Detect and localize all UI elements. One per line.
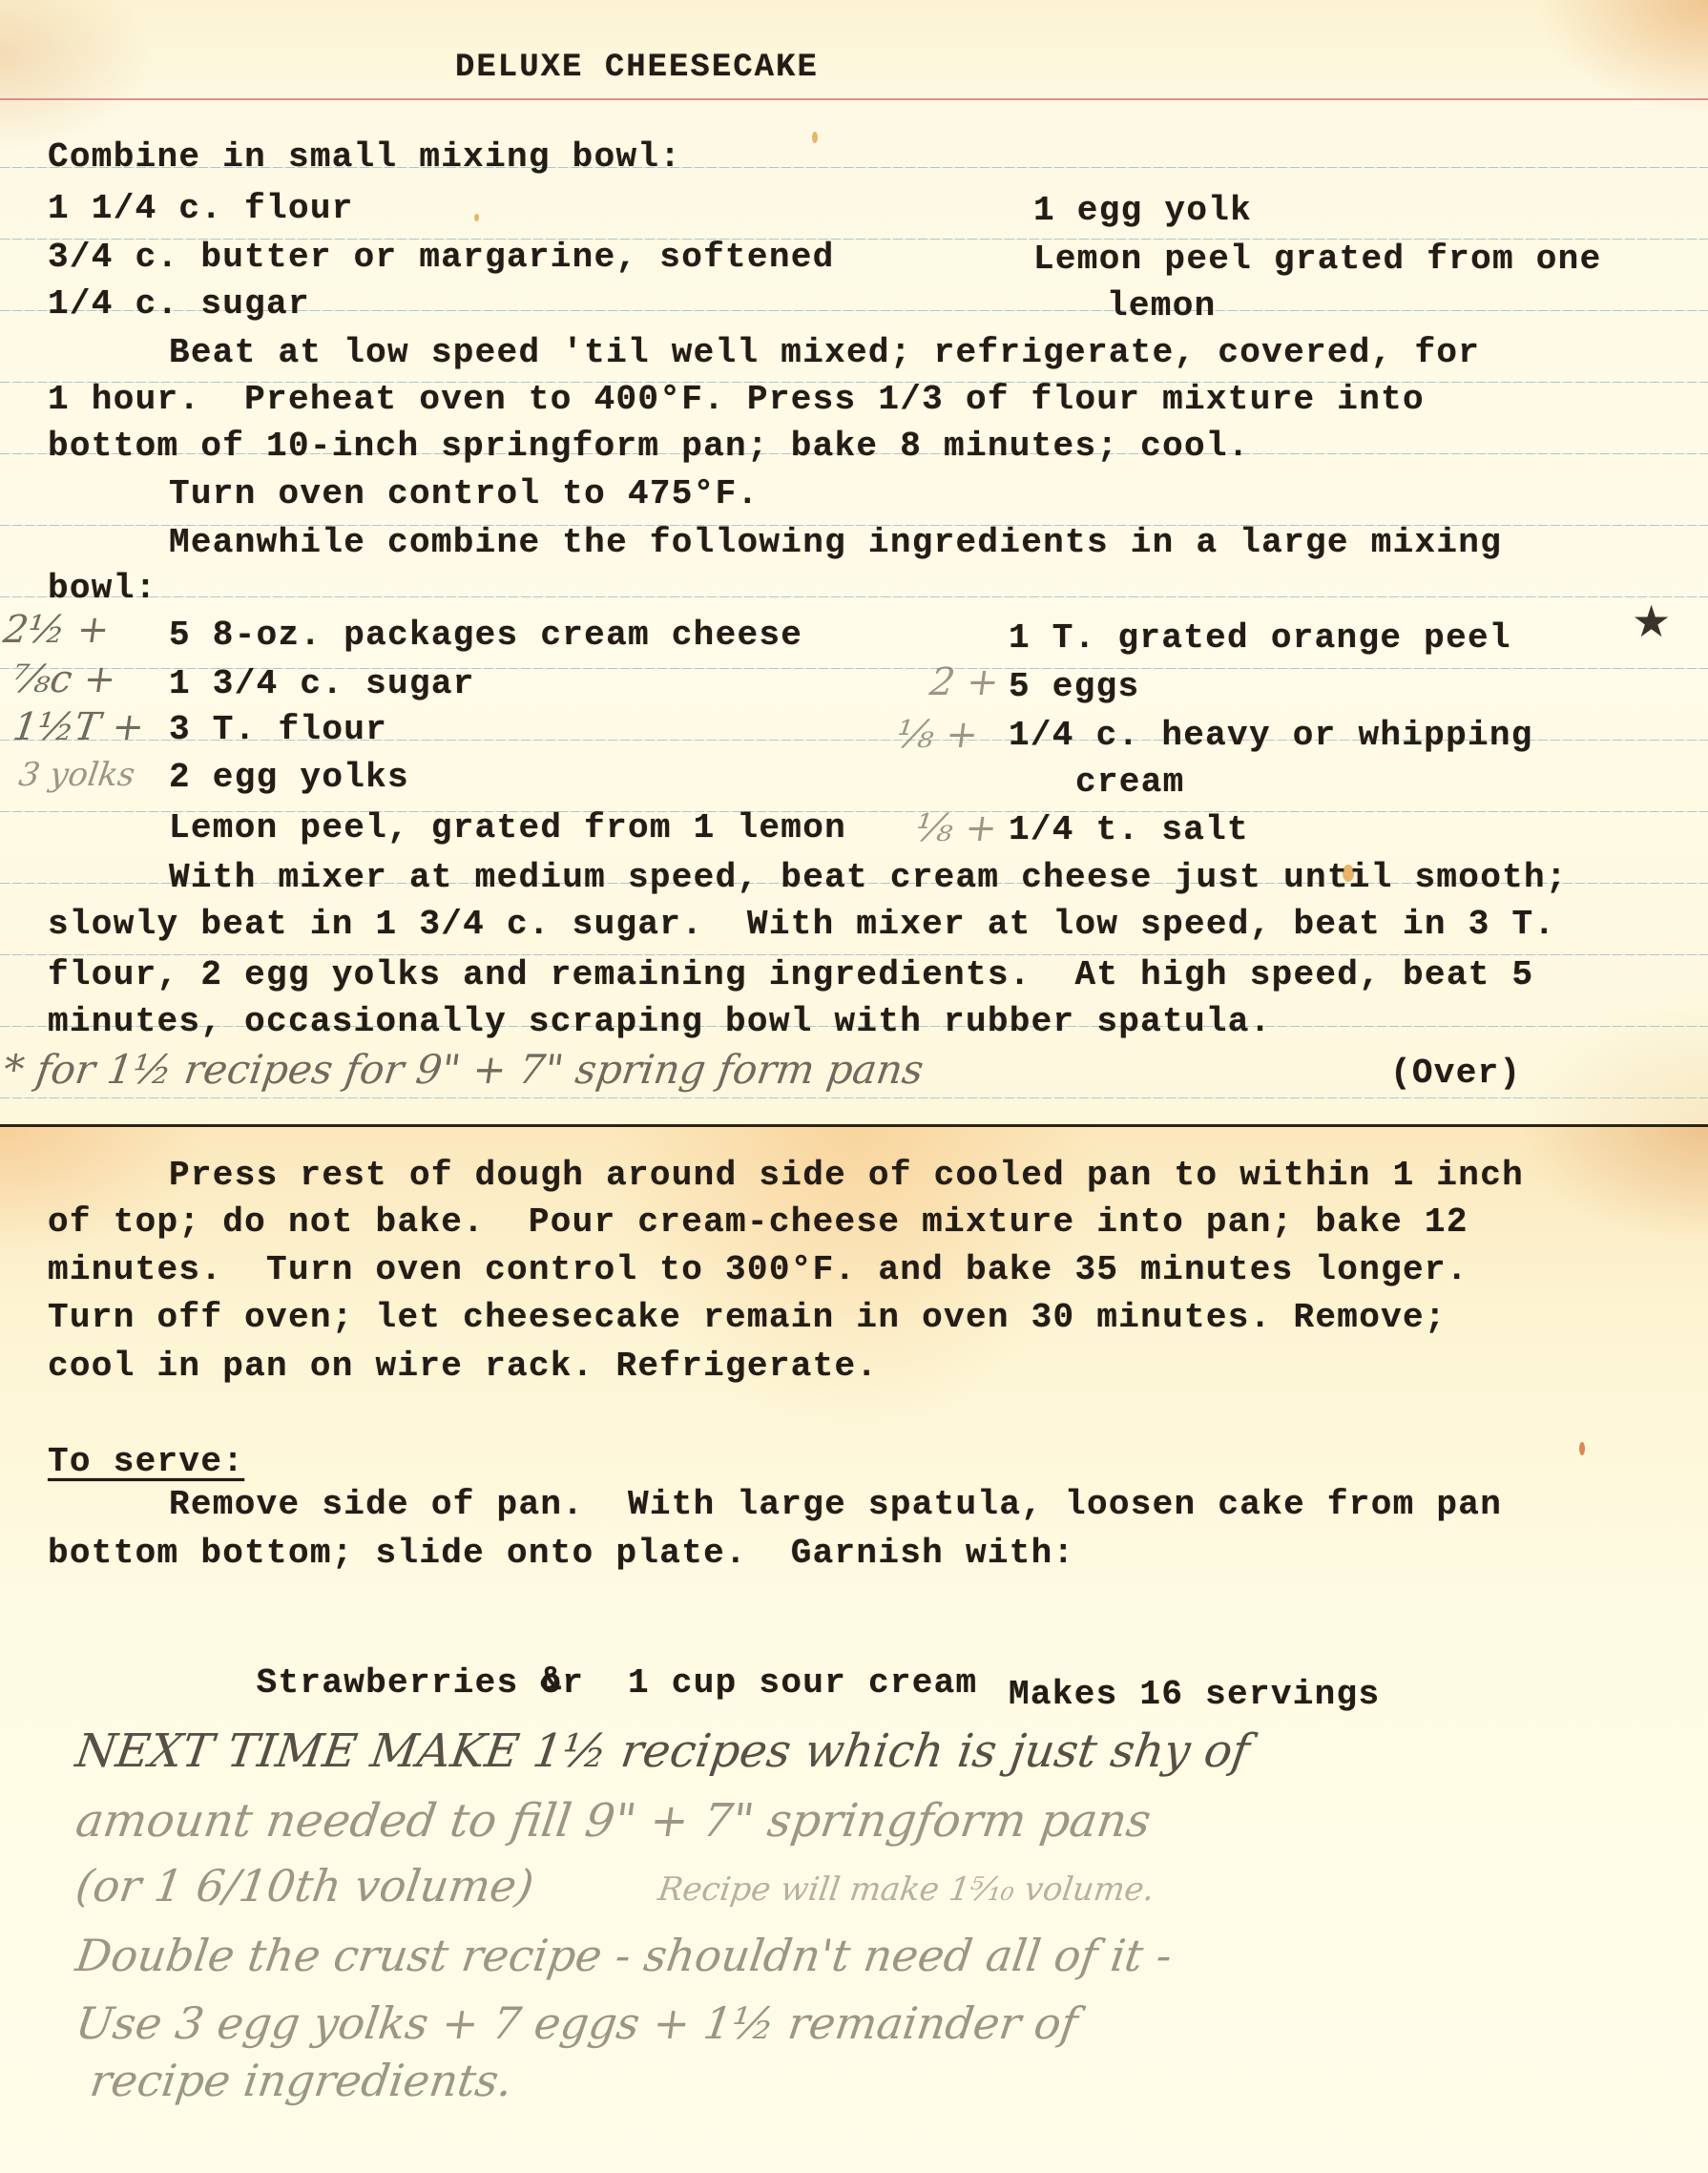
crust-heading: Combine in small mixing bowl: bbox=[48, 140, 681, 175]
handwritten-note-line: NEXT TIME MAKE 1½ recipes which is just … bbox=[73, 1728, 1253, 1774]
crust-ingredient: lemon bbox=[1107, 289, 1217, 324]
instruction-line: Press rest of dough around side of coole… bbox=[169, 1159, 1524, 1193]
handwritten-adjustment: 1½T + bbox=[10, 708, 147, 746]
instruction-line: minutes. Turn oven control to 300°F. and… bbox=[48, 1253, 1468, 1287]
handwritten-note-line: Recipe will make 1⁵⁄₁₀ volume. bbox=[656, 1873, 1156, 1906]
handwritten-adjustment: ⅞c + bbox=[10, 660, 118, 699]
handwritten-adjustment: ⅛ + bbox=[913, 809, 1000, 847]
header-rule bbox=[0, 98, 1708, 100]
garnish-connector: or bbox=[540, 1663, 584, 1703]
ruled-line bbox=[0, 1097, 1708, 1098]
instruction-line: Turn oven control to 475°F. bbox=[169, 477, 759, 512]
yield: Makes 16 servings bbox=[1009, 1678, 1380, 1712]
handwritten-note-line: amount needed to fill 9" + 7" springform… bbox=[73, 1798, 1154, 1844]
crust-ingredient: 1 egg yolk bbox=[1033, 194, 1252, 228]
instruction-line: Turn off oven; let cheesecake remain in … bbox=[48, 1301, 1447, 1335]
filling-ingredient: 5 eggs bbox=[1009, 670, 1139, 704]
crust-ingredient: Lemon peel grated from one bbox=[1033, 242, 1602, 277]
instruction-line: bowl: bbox=[48, 572, 157, 606]
handwritten-note-line: (or 1 6/10th volume) bbox=[73, 1864, 536, 1908]
instruction-line: Remove side of pan. With large spatula, … bbox=[169, 1488, 1502, 1522]
handwritten-note-line: recipe ingredients. bbox=[88, 2058, 515, 2102]
filling-ingredient: 5 8-oz. packages cream cheese bbox=[169, 618, 802, 653]
handwritten-adjustment: 2 + bbox=[927, 663, 1001, 701]
filling-ingredient: 2 egg yolks bbox=[169, 761, 409, 795]
handwritten-adjustment: 2½ + bbox=[1, 611, 112, 649]
handwritten-note-line: Double the crust recipe - shouldn't need… bbox=[73, 1933, 1175, 1977]
filling-ingredient: 1/4 c. heavy or whipping bbox=[1009, 719, 1533, 753]
handwritten-adjustment: ⅛ + bbox=[894, 716, 981, 754]
instruction-line: cool in pan on wire rack. Refrigerate. bbox=[48, 1349, 878, 1384]
instruction-line: flour, 2 egg yolks and remaining ingredi… bbox=[48, 958, 1533, 992]
instruction-line: of top; do not bake. Pour cream-cheese m… bbox=[48, 1205, 1468, 1240]
instruction-line: bottom of 10-inch springform pan; bake 8… bbox=[48, 429, 1250, 464]
crust-ingredient: 1 1/4 c. flour bbox=[48, 192, 354, 226]
recipe-card-back: Press rest of dough around side of coole… bbox=[0, 1124, 1708, 2173]
filling-ingredient: Lemon peel, grated from 1 lemon bbox=[169, 811, 846, 846]
recipe-title: DELUXE CHEESECAKE bbox=[455, 52, 819, 84]
garnish-second: 1 cup sour cream bbox=[628, 1663, 977, 1703]
instruction-line: Meanwhile combine the following ingredie… bbox=[169, 526, 1502, 560]
over-label: (Over) bbox=[1390, 1056, 1521, 1091]
star-mark-icon: ★ bbox=[1632, 599, 1671, 643]
instruction-line: 1 hour. Preheat oven to 400°F. Press 1/3… bbox=[48, 383, 1425, 417]
instruction-line: With mixer at medium speed, beat cream c… bbox=[169, 861, 1568, 895]
handwritten-footnote: * for 1½ recipes for 9" + 7" spring form… bbox=[1, 1050, 926, 1090]
stain-spot bbox=[1579, 1442, 1585, 1455]
instruction-line: bottom bottom; slide onto plate. Garnish… bbox=[48, 1536, 1074, 1571]
instruction-line: slowly beat in 1 3/4 c. sugar. With mixe… bbox=[48, 908, 1555, 942]
instruction-line: Beat at low speed 'til well mixed; refri… bbox=[169, 336, 1480, 370]
recipe-card-front: DELUXE CHEESECAKE Combine in small mixin… bbox=[0, 0, 1708, 1124]
serve-heading: To serve: bbox=[48, 1445, 244, 1479]
filling-ingredient: cream bbox=[1075, 765, 1185, 800]
stain-spot bbox=[474, 214, 479, 221]
crust-ingredient: 1/4 c. sugar bbox=[48, 287, 310, 322]
handwritten-adjustment: 3 yolks bbox=[17, 759, 137, 791]
ruled-line bbox=[0, 596, 1708, 597]
filling-ingredient: 3 T. flour bbox=[169, 713, 387, 747]
filling-ingredient: 1/4 t. salt bbox=[1009, 813, 1249, 847]
stain-spot bbox=[812, 132, 818, 143]
crust-ingredient: 3/4 c. butter or margarine, softened bbox=[48, 240, 835, 275]
handwritten-note-line: Use 3 egg yolks + 7 eggs + 1½ remainder … bbox=[73, 2001, 1080, 2045]
filling-ingredient: 1 3/4 c. sugar bbox=[169, 667, 475, 701]
filling-ingredient: 1 T. grated orange peel bbox=[1009, 621, 1511, 656]
instruction-line: minutes, occasionally scraping bowl with… bbox=[48, 1005, 1272, 1039]
garnish-first: Strawberries bbox=[257, 1663, 519, 1703]
garnish-line: Strawberries or 1 cup sour cream bbox=[169, 1632, 977, 1735]
